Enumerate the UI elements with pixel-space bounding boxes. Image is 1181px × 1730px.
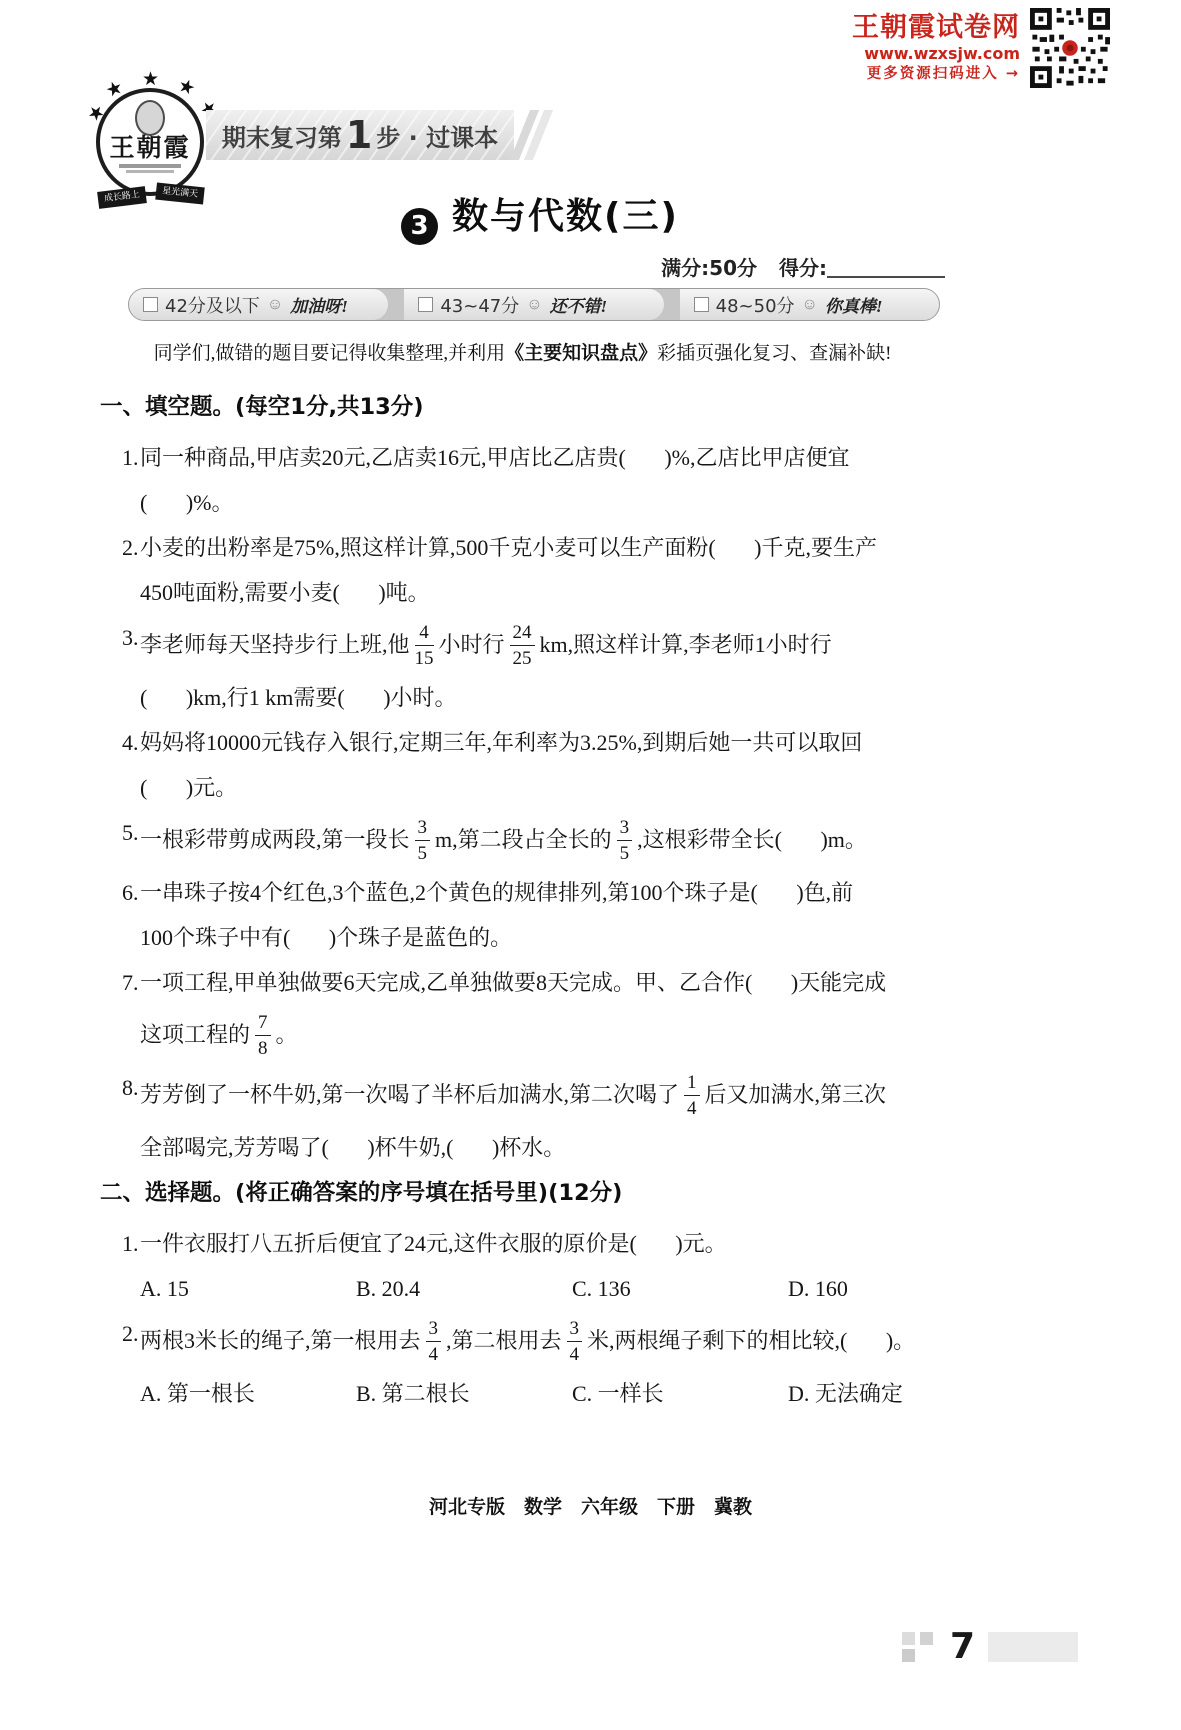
- options-row: A. 15B. 20.4C. 136D. 160: [140, 1274, 1060, 1304]
- logo-subtext-bar: [126, 170, 174, 173]
- footer-edition-line: 河北专版 数学 六年级 下册 冀教: [0, 1492, 1181, 1519]
- smiley-face-icon: ☺: [526, 297, 542, 313]
- tier-range: 42分及以下: [165, 292, 260, 318]
- question-number: 2.: [122, 533, 139, 563]
- logo-name: 王朝霞: [100, 136, 200, 162]
- step-strip: 期末复习第 1 步 · 过课本: [206, 110, 514, 160]
- question-line: 6.一串珠子按4个红色,3个蓝色,2个黄色的规律排列,第100个珠子是( )色,…: [140, 878, 1060, 908]
- smiley-face-icon: ☺: [267, 297, 283, 313]
- question-item: 1.同一种商品,甲店卖20元,乙店卖16元,甲店比乙店贵( )%,乙店比甲店便宜…: [100, 443, 1060, 518]
- question-line: 1.同一种商品,甲店卖20元,乙店卖16元,甲店比乙店贵( )%,乙店比甲店便宜: [140, 443, 1060, 473]
- fraction: 34: [567, 1319, 583, 1364]
- full-score-label: 满分:50分: [661, 256, 757, 280]
- question-number: 1.: [122, 1229, 139, 1259]
- section-fill-in: 一、填空题。(每空1分,共13分) 1.同一种商品,甲店卖20元,乙店卖16元,…: [100, 392, 1060, 1163]
- worksheet-content: 一、填空题。(每空1分,共13分) 1.同一种商品,甲店卖20元,乙店卖16元,…: [100, 392, 1060, 1424]
- fraction: 35: [415, 818, 431, 863]
- tier-range: 43~47分: [440, 292, 519, 318]
- score-tier: 48~50分 ☺ 你真棒!: [680, 289, 939, 320]
- step-strip-number: 1: [346, 113, 372, 157]
- score-tier: 42分及以下 ☺ 加油呀!: [129, 289, 388, 320]
- question-number: 4.: [122, 728, 139, 758]
- square-decoration: [902, 1632, 915, 1645]
- fraction: 78: [255, 1013, 271, 1058]
- question-line: ( )%。: [140, 488, 1060, 518]
- question-item: 7.一项工程,甲单独做要6天完成,乙单独做要8天完成。甲、乙合作( )天能完成这…: [100, 968, 1060, 1058]
- question-line: 7.一项工程,甲单独做要6天完成,乙单独做要8天完成。甲、乙合作( )天能完成: [140, 968, 1060, 998]
- question-item: 2.两根3米长的绳子,第一根用去34,第二根用去34米,两根绳子剩下的相比较,(…: [100, 1319, 1060, 1409]
- page-number-block: 7: [902, 1630, 1082, 1670]
- question-number: 7.: [122, 968, 139, 998]
- question-line: 这项工程的78。: [140, 1013, 1060, 1058]
- question-line: 4.妈妈将10000元钱存入银行,定期三年,年利率为3.25%,到期后她一共可以…: [140, 728, 1060, 758]
- question-line: 100个珠子中有( )个珠子是蓝色的。: [140, 923, 1060, 953]
- fraction: 2425: [510, 623, 535, 668]
- section-choice: 二、选择题。(将正确答案的序号填在括号里)(12分) 1.一件衣服打八五折后便宜…: [100, 1178, 1060, 1409]
- page-number: 7: [950, 1626, 975, 1667]
- fraction: 35: [617, 818, 633, 863]
- fraction: 34: [426, 1319, 442, 1364]
- option-item: A. 15: [140, 1274, 356, 1304]
- section-title: 二、选择题。(将正确答案的序号填在括号里)(12分): [100, 1178, 1060, 1209]
- question-number: 5.: [122, 818, 139, 848]
- choice-questions: 1.一件衣服打八五折后便宜了24元,这件衣服的原价是( )元。A. 15B. 2…: [100, 1229, 1060, 1409]
- section-title: 一、填空题。(每空1分,共13分): [100, 392, 1060, 423]
- question-line: 1.一件衣服打八五折后便宜了24元,这件衣服的原价是( )元。: [140, 1229, 1060, 1259]
- score-tier-banner: 42分及以下 ☺ 加油呀! 43~47分 ☺ 还不错! 48~50分 ☺ 你真棒…: [128, 288, 940, 321]
- step-strip-text: 步 · 过课本: [376, 118, 498, 153]
- logo-subtext-bar: [119, 164, 181, 168]
- tier-checkbox[interactable]: [418, 297, 433, 312]
- site-name: 王朝霞试卷网: [838, 13, 1020, 43]
- lesson-number-badge: 3: [401, 208, 438, 245]
- question-number: 3.: [122, 623, 139, 653]
- smiley-face-icon: ☺: [802, 297, 818, 313]
- portrait-photo: [135, 100, 165, 136]
- question-item: 1.一件衣服打八五折后便宜了24元,这件衣服的原价是( )元。A. 15B. 2…: [100, 1229, 1060, 1304]
- logo-circle: 王朝霞: [96, 88, 204, 196]
- brand-logo: ★ ★ ★ ★ ★ 王朝霞 成长路上 星光满天: [96, 78, 214, 196]
- option-item: A. 第一根长: [140, 1379, 356, 1409]
- site-header: 王朝霞试卷网 www.wzxsjw.com 更多资源扫码进入 →: [838, 8, 1110, 88]
- question-number: 2.: [122, 1319, 139, 1349]
- notice-line: 同学们,做错的题目要记得收集整理,并利用《主要知识盘点》彩插页强化复习、查漏补缺…: [100, 338, 945, 365]
- tier-label: 你真棒!: [825, 292, 883, 317]
- question-number: 1.: [122, 443, 139, 473]
- question-item: 6.一串珠子按4个红色,3个蓝色,2个黄色的规律排列,第100个珠子是( )色,…: [100, 878, 1060, 953]
- step-strip-text: 期末复习第: [222, 118, 342, 153]
- tier-range: 48~50分: [716, 292, 795, 318]
- score-line: 满分:50分得分:: [100, 252, 945, 281]
- question-line: 5.一根彩带剪成两段,第一段长35m,第二段占全长的35,这根彩带全长( )m。: [140, 818, 1060, 863]
- fraction: 14: [684, 1073, 700, 1118]
- score-blank-line: [827, 258, 945, 278]
- question-line: 8.芳芳倒了一杯牛奶,第一次喝了半杯后加满水,第二次喝了14后又加满水,第三次: [140, 1073, 1060, 1118]
- question-line: 3.李老师每天坚持步行上班,他415小时行2425km,照这样计算,李老师1小时…: [140, 623, 1060, 668]
- question-line: 2.小麦的出粉率是75%,照这样计算,500千克小麦可以生产面粉( )千克,要生…: [140, 533, 1060, 563]
- tier-checkbox[interactable]: [694, 297, 709, 312]
- option-item: B. 20.4: [356, 1274, 572, 1304]
- question-number: 6.: [122, 878, 139, 908]
- question-line: 全部喝完,芳芳喝了( )杯牛奶,( )杯水。: [140, 1133, 1060, 1163]
- qr-code-icon: [1030, 8, 1110, 88]
- site-url: www.wzxsjw.com: [838, 43, 1020, 64]
- question-line: ( )km,行1 km需要( )小时。: [140, 683, 1060, 713]
- question-line: ( )元。: [140, 773, 1060, 803]
- question-item: 8.芳芳倒了一杯牛奶,第一次喝了半杯后加满水,第二次喝了14后又加满水,第三次全…: [100, 1073, 1060, 1163]
- option-item: C. 136: [572, 1274, 788, 1304]
- square-decoration: [920, 1632, 933, 1645]
- page-number-bar: [988, 1632, 1078, 1662]
- question-line: 450吨面粉,需要小麦( )吨。: [140, 578, 1060, 608]
- question-item: 3.李老师每天坚持步行上班,他415小时行2425km,照这样计算,李老师1小时…: [100, 623, 1060, 713]
- question-item: 5.一根彩带剪成两段,第一段长35m,第二段占全长的35,这根彩带全长( )m。: [100, 818, 1060, 863]
- option-item: D. 160: [788, 1274, 848, 1304]
- star-icon: ★: [142, 70, 159, 89]
- question-item: 4.妈妈将10000元钱存入银行,定期三年,年利率为3.25%,到期后她一共可以…: [100, 728, 1060, 803]
- page-title: 3数与代数(三): [0, 188, 1080, 245]
- score-tier: 43~47分 ☺ 还不错!: [404, 289, 663, 320]
- tier-checkbox[interactable]: [143, 297, 158, 312]
- fill-in-questions: 1.同一种商品,甲店卖20元,乙店卖16元,甲店比乙店贵( )%,乙店比甲店便宜…: [100, 443, 1060, 1163]
- question-item: 2.小麦的出粉率是75%,照这样计算,500千克小麦可以生产面粉( )千克,要生…: [100, 533, 1060, 608]
- options-row: A. 第一根长B. 第二根长C. 一样长D. 无法确定: [140, 1379, 1060, 1409]
- fraction: 415: [415, 623, 434, 668]
- site-more-line: 更多资源扫码进入 →: [838, 64, 1020, 84]
- option-item: B. 第二根长: [356, 1379, 572, 1409]
- got-score-label: 得分:: [779, 256, 827, 280]
- option-item: C. 一样长: [572, 1379, 788, 1409]
- question-line: 2.两根3米长的绳子,第一根用去34,第二根用去34米,两根绳子剩下的相比较,(…: [140, 1319, 1060, 1364]
- square-decoration: [902, 1649, 915, 1662]
- question-number: 8.: [122, 1073, 139, 1103]
- tier-label: 加油呀!: [290, 292, 348, 317]
- option-item: D. 无法确定: [788, 1379, 903, 1409]
- tier-label: 还不错!: [550, 292, 608, 317]
- lesson-title-text: 数与代数(三): [452, 196, 679, 237]
